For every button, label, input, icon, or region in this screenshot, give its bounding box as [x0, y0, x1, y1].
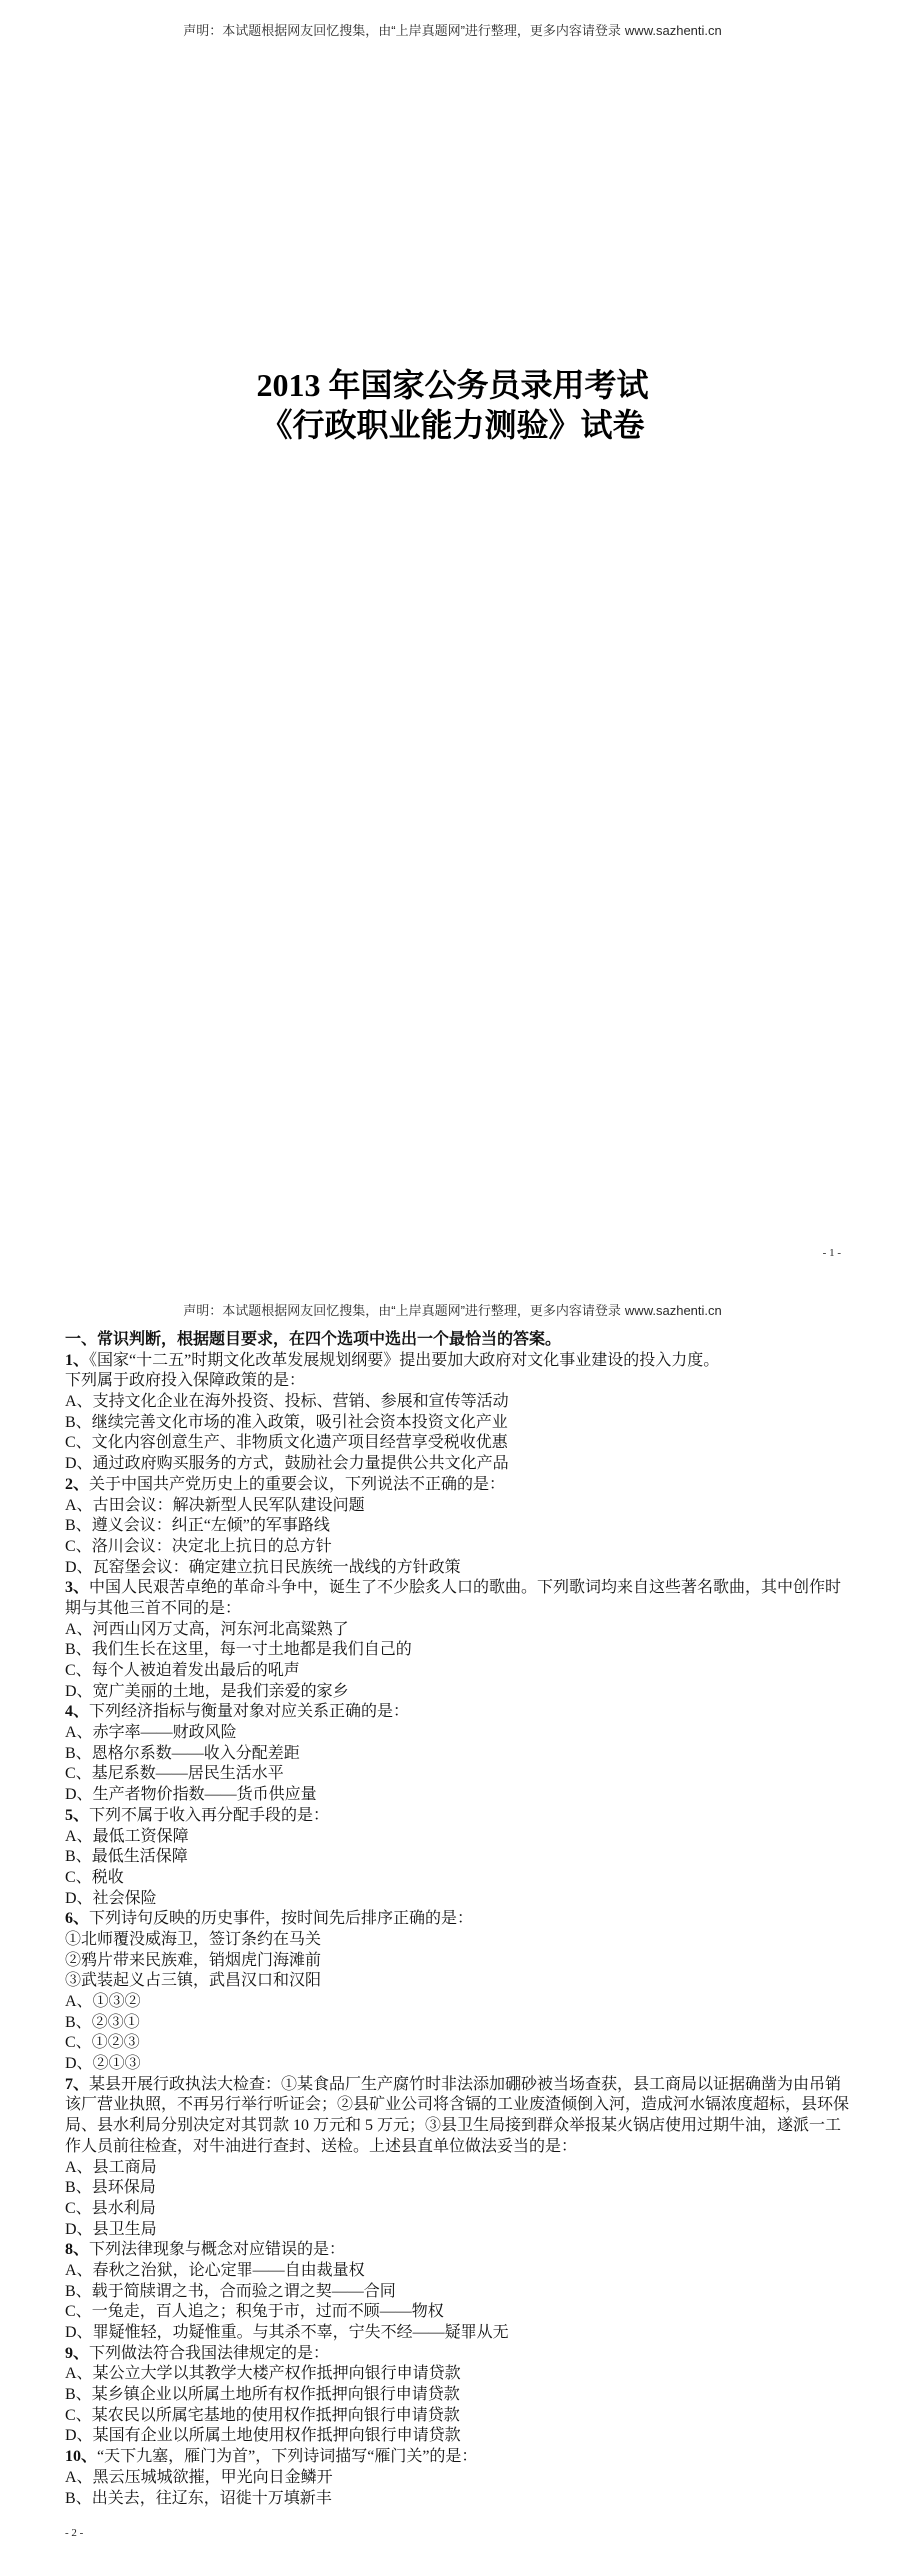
option-label: D、: [65, 2427, 93, 2444]
question-1: 1、《国家“十二五”时期文化改革发展规划纲要》提出要加大政府对文化事业建设的投入…: [65, 1351, 845, 1475]
question-stem-continued: 下列属于政府投入保障政策的是：: [65, 1371, 845, 1392]
option-b: B、某乡镇企业以所属土地所有权作抵押向银行申请贷款: [65, 2385, 845, 2406]
question-stem-continued: 作人员前往检查，对牛油进行查封、送检。上述县直单位做法妥当的是：: [65, 2137, 845, 2158]
option-c: C、文化内容创意生产、非物质文化遗产项目经营享受税收优惠: [65, 1433, 845, 1454]
option-label: B、: [65, 1641, 92, 1658]
option-label: C、: [65, 2303, 92, 2320]
option-d: D、社会保险: [65, 1889, 845, 1910]
question-text: 《国家“十二五”时期文化改革发展规划纲要》提出要加大政府对文化事业建设的投入力度…: [89, 1352, 719, 1369]
question-number: 3、: [65, 1579, 89, 1596]
option-d: D、县卫生局: [65, 2220, 845, 2241]
option-a: A、古田会议：解决新型人民军队建设问题: [65, 1496, 845, 1517]
option-label: C、: [65, 1538, 92, 1555]
option-text: ②③①: [92, 2014, 140, 2031]
option-text: 社会保险: [93, 1890, 157, 1907]
option-label: A、: [65, 2159, 93, 2176]
option-text: 税收: [92, 1869, 124, 1886]
option-c: C、①②③: [65, 2033, 845, 2054]
option-text: 文化内容创意生产、非物质文化遗产项目经营享受税收优惠: [92, 1434, 508, 1451]
option-text: 县水利局: [92, 2200, 156, 2217]
question-stem: 7、某县开展行政执法大检查：①某食品厂生产腐竹时非法添加硼砂被当场查获，县工商局…: [65, 2075, 845, 2096]
option-text: 基尼系数——居民生活水平: [92, 1765, 284, 1782]
option-label: D、: [65, 1683, 93, 1700]
header-url: www.sazhenti.cn: [625, 1303, 722, 1318]
option-label: C、: [65, 2200, 92, 2217]
option-a: A、黑云压城城欲摧，甲光向日金鳞开: [65, 2468, 845, 2489]
exam-content: 一、常识判断，根据题目要求，在四个选项中选出一个最恰当的答案。 1、《国家“十二…: [65, 1330, 845, 2509]
option-label: B、: [65, 1745, 92, 1762]
option-label: B、: [65, 1517, 92, 1534]
option-c: C、某农民以所属宅基地的使用权作抵押向银行申请贷款: [65, 2406, 845, 2427]
option-text: 宽广美丽的土地，是我们亲爱的家乡: [93, 1683, 349, 1700]
option-b: B、出关去，往辽东，诏徙十万填新丰: [65, 2489, 845, 2510]
option-text: 某乡镇企业以所属土地所有权作抵押向银行申请贷款: [92, 2386, 460, 2403]
option-text: 通过政府购买服务的方式，鼓励社会力量提供公共文化产品: [93, 1455, 509, 1472]
header-url: www.sazhenti.cn: [625, 23, 722, 38]
option-label: D、: [65, 2221, 93, 2238]
option-label: C、: [65, 1434, 92, 1451]
option-text: ①③②: [93, 1993, 141, 2010]
option-label: D、: [65, 1890, 93, 1907]
option-text: 恩格尔系数——收入分配差距: [92, 1745, 300, 1762]
option-c: C、税收: [65, 1868, 845, 1889]
option-c: C、一兔走，百人追之；积兔于市，过而不顾——物权: [65, 2302, 845, 2323]
option-text: 赤字率——财政风险: [93, 1724, 237, 1741]
option-a: A、支持文化企业在海外投资、投标、营销、参展和宣传等活动: [65, 1392, 845, 1413]
question-stem: 2、关于中国共产党历史上的重要会议，下列说法不正确的是：: [65, 1475, 845, 1496]
option-label: D、: [65, 2324, 93, 2341]
option-a: A、河西山冈万丈高，河东河北高粱熟了: [65, 1620, 845, 1641]
option-label: B、: [65, 1414, 92, 1431]
option-b: B、遵义会议：纠正“左倾”的军事路线: [65, 1516, 845, 1537]
question-text: 下列法律现象与概念对应错误的是：: [89, 2241, 345, 2258]
question-stem: 8、下列法律现象与概念对应错误的是：: [65, 2240, 845, 2261]
option-label: A、: [65, 1393, 93, 1410]
option-label: A、: [65, 2262, 93, 2279]
option-text: 黑云压城城欲摧，甲光向日金鳞开: [93, 2469, 333, 2486]
option-text: 洛川会议：决定北上抗日的总方针: [92, 1538, 332, 1555]
option-label: D、: [65, 2055, 93, 2072]
question-10: 10、“天下九塞，雁门为首”，下列诗词描写“雁门关”的是： A、黑云压城城欲摧，…: [65, 2447, 845, 2509]
question-5: 5、下列不属于收入再分配手段的是： A、最低工资保障 B、最低生活保障 C、税收…: [65, 1806, 845, 1909]
option-text: 瓦窑堡会议：确定建立抗日民族统一战线的方针政策: [93, 1559, 461, 1576]
option-text: 支持文化企业在海外投资、投标、营销、参展和宣传等活动: [93, 1393, 509, 1410]
option-text: 某国有企业以所属土地使用权作抵押向银行申请贷款: [93, 2427, 461, 2444]
option-a: A、某公立大学以其教学大楼产权作抵押向银行申请贷款: [65, 2364, 845, 2385]
option-label: C、: [65, 2034, 92, 2051]
option-text: 某农民以所属宅基地的使用权作抵押向银行申请贷款: [92, 2407, 460, 2424]
option-label: D、: [65, 1786, 93, 1803]
option-label: C、: [65, 1662, 92, 1679]
option-text: 县卫生局: [93, 2221, 157, 2238]
question-text: 某县开展行政执法大检查：①某食品厂生产腐竹时非法添加硼砂被当场查获，县工商局以证…: [89, 2076, 841, 2093]
option-a: A、县工商局: [65, 2158, 845, 2179]
question-text: 下列不属于收入再分配手段的是：: [89, 1807, 329, 1824]
page-number: - 2 -: [65, 2525, 83, 2541]
option-text: 河西山冈万丈高，河东河北高粱熟了: [93, 1621, 349, 1638]
question-text: “天下九塞，雁门为首”，下列诗词描写“雁门关”的是：: [97, 2448, 477, 2465]
option-c: C、县水利局: [65, 2199, 845, 2220]
sub-item-3: ③武装起义占三镇，武昌汉口和汉阳: [65, 1971, 845, 1992]
document-title: 2013 年国家公务员录用考试 《行政职业能力测验》试卷: [0, 365, 905, 445]
question-number: 9、: [65, 2345, 89, 2362]
question-number: 10、: [65, 2448, 97, 2465]
option-d: D、某国有企业以所属土地使用权作抵押向银行申请贷款: [65, 2426, 845, 2447]
question-text: 下列诗句反映的历史事件，按时间先后排序正确的是：: [89, 1910, 473, 1927]
option-label: A、: [65, 1993, 93, 2010]
option-b: B、载于简牍谓之书，合而验之谓之契——合同: [65, 2282, 845, 2303]
option-text: 我们生长在这里，每一寸土地都是我们自己的: [92, 1641, 412, 1658]
question-stem: 6、下列诗句反映的历史事件，按时间先后排序正确的是：: [65, 1909, 845, 1930]
option-d: D、生产者物价指数——货币供应量: [65, 1785, 845, 1806]
title-line-2: 《行政职业能力测验》试卷: [0, 405, 905, 445]
option-label: C、: [65, 1869, 92, 1886]
option-text: ①②③: [92, 2034, 140, 2051]
option-d: D、通过政府购买服务的方式，鼓励社会力量提供公共文化产品: [65, 1454, 845, 1475]
question-6: 6、下列诗句反映的历史事件，按时间先后排序正确的是： ①北师覆没威海卫，签订条约…: [65, 1909, 845, 2075]
option-label: A、: [65, 2365, 93, 2382]
question-stem-continued: 局、县水利局分别决定对其罚款 10 万元和 5 万元；③县卫生局接到群众举报某火…: [65, 2116, 845, 2137]
option-label: B、: [65, 2014, 92, 2031]
option-b: B、②③①: [65, 2013, 845, 2034]
option-text: 遵义会议：纠正“左倾”的军事路线: [92, 1517, 330, 1534]
option-b: B、继续完善文化市场的准入政策，吸引社会资本投资文化产业: [65, 1413, 845, 1434]
question-stem-continued: 期与其他三首不同的是：: [65, 1599, 845, 1620]
option-text: 每个人被迫着发出最后的吼声: [92, 1662, 300, 1679]
title-line-1: 2013 年国家公务员录用考试: [0, 365, 905, 405]
option-text: 最低生活保障: [92, 1848, 188, 1865]
question-number: 5、: [65, 1807, 89, 1824]
option-d: D、瓦窑堡会议：确定建立抗日民族统一战线的方针政策: [65, 1558, 845, 1579]
question-text: 下列做法符合我国法律规定的是：: [89, 2345, 329, 2362]
section-title: 一、常识判断，根据题目要求，在四个选项中选出一个最恰当的答案。: [65, 1330, 845, 1351]
option-c: C、每个人被迫着发出最后的吼声: [65, 1661, 845, 1682]
option-label: D、: [65, 1455, 93, 1472]
option-c: C、基尼系数——居民生活水平: [65, 1764, 845, 1785]
question-stem: 5、下列不属于收入再分配手段的是：: [65, 1806, 845, 1827]
option-label: A、: [65, 1724, 93, 1741]
page-header: 声明：本试题根据网友回忆搜集，由“上岸真题网”进行整理，更多内容请登录www.s…: [0, 22, 905, 40]
option-d: D、罪疑惟轻，功疑惟重。与其杀不辜，宁失不经——疑罪从无: [65, 2323, 845, 2344]
option-text: 县工商局: [93, 2159, 157, 2176]
question-number: 4、: [65, 1703, 89, 1720]
option-a: A、赤字率——财政风险: [65, 1723, 845, 1744]
question-number: 2、: [65, 1476, 89, 1493]
question-text: 关于中国共产党历史上的重要会议，下列说法不正确的是：: [89, 1476, 505, 1493]
question-stem: 1、《国家“十二五”时期文化改革发展规划纲要》提出要加大政府对文化事业建设的投入…: [65, 1351, 845, 1372]
option-text: 县环保局: [92, 2179, 156, 2196]
option-text: 春秋之治狱，论心定罪——自由裁量权: [93, 2262, 365, 2279]
question-2: 2、关于中国共产党历史上的重要会议，下列说法不正确的是： A、古田会议：解决新型…: [65, 1475, 845, 1578]
page-2: 声明：本试题根据网友回忆搜集，由“上岸真题网”进行整理，更多内容请登录www.s…: [0, 1280, 905, 2560]
option-label: A、: [65, 1828, 93, 1845]
question-stem-continued: 该厂营业执照，不再另行举行听证会；②县矿业公司将含镉的工业废渣倾倒入河，造成河水…: [65, 2095, 845, 2116]
option-text: 载于简牍谓之书，合而验之谓之契——合同: [92, 2283, 396, 2300]
option-b: B、恩格尔系数——收入分配差距: [65, 1744, 845, 1765]
option-d: D、②①③: [65, 2054, 845, 2075]
option-text: 出关去，往辽东，诏徙十万填新丰: [92, 2490, 332, 2507]
page-number: - 1 -: [823, 1245, 841, 1261]
option-label: B、: [65, 2179, 92, 2196]
option-text: 继续完善文化市场的准入政策，吸引社会资本投资文化产业: [92, 1414, 508, 1431]
option-text: 罪疑惟轻，功疑惟重。与其杀不辜，宁失不经——疑罪从无: [93, 2324, 509, 2341]
header-notice: 声明：本试题根据网友回忆搜集，由“上岸真题网”进行整理，更多内容请登录: [183, 23, 621, 38]
question-number: 1、: [65, 1352, 89, 1369]
option-label: B、: [65, 2386, 92, 2403]
question-8: 8、下列法律现象与概念对应错误的是： A、春秋之治狱，论心定罪——自由裁量权 B…: [65, 2240, 845, 2343]
option-label: C、: [65, 1765, 92, 1782]
option-c: C、洛川会议：决定北上抗日的总方针: [65, 1537, 845, 1558]
option-text: 古田会议：解决新型人民军队建设问题: [93, 1497, 365, 1514]
option-label: A、: [65, 2469, 93, 2486]
option-label: D、: [65, 1559, 93, 1576]
page-1: 声明：本试题根据网友回忆搜集，由“上岸真题网”进行整理，更多内容请登录www.s…: [0, 0, 905, 1280]
option-text: 某公立大学以其教学大楼产权作抵押向银行申请贷款: [93, 2365, 461, 2382]
option-a: A、春秋之治狱，论心定罪——自由裁量权: [65, 2261, 845, 2282]
option-text: ②①③: [93, 2055, 141, 2072]
question-stem: 9、下列做法符合我国法律规定的是：: [65, 2344, 845, 2365]
option-text: 最低工资保障: [93, 1828, 189, 1845]
option-a: A、最低工资保障: [65, 1827, 845, 1848]
question-stem: 3、中国人民艰苦卓绝的革命斗争中，诞生了不少脍炙人口的歌曲。下列歌词均来自这些著…: [65, 1578, 845, 1599]
option-b: B、县环保局: [65, 2178, 845, 2199]
option-b: B、我们生长在这里，每一寸土地都是我们自己的: [65, 1640, 845, 1661]
option-d: D、宽广美丽的土地，是我们亲爱的家乡: [65, 1682, 845, 1703]
option-label: A、: [65, 1621, 93, 1638]
option-a: A、①③②: [65, 1992, 845, 2013]
option-label: C、: [65, 2407, 92, 2424]
question-stem: 10、“天下九塞，雁门为首”，下列诗词描写“雁门关”的是：: [65, 2447, 845, 2468]
question-text: 中国人民艰苦卓绝的革命斗争中，诞生了不少脍炙人口的歌曲。下列歌词均来自这些著名歌…: [89, 1579, 841, 1596]
question-number: 7、: [65, 2076, 89, 2093]
question-9: 9、下列做法符合我国法律规定的是： A、某公立大学以其教学大楼产权作抵押向银行申…: [65, 2344, 845, 2447]
option-label: B、: [65, 2283, 92, 2300]
option-b: B、最低生活保障: [65, 1847, 845, 1868]
question-stem: 4、下列经济指标与衡量对象对应关系正确的是：: [65, 1702, 845, 1723]
question-number: 8、: [65, 2241, 89, 2258]
question-4: 4、下列经济指标与衡量对象对应关系正确的是： A、赤字率——财政风险 B、恩格尔…: [65, 1702, 845, 1805]
sub-item-2: ②鸦片带来民族难，销烟虎门海滩前: [65, 1951, 845, 1972]
option-label: A、: [65, 1497, 93, 1514]
question-3: 3、中国人民艰苦卓绝的革命斗争中，诞生了不少脍炙人口的歌曲。下列歌词均来自这些著…: [65, 1578, 845, 1702]
sub-item-1: ①北师覆没威海卫，签订条约在马关: [65, 1930, 845, 1951]
header-notice: 声明：本试题根据网友回忆搜集，由“上岸真题网”进行整理，更多内容请登录: [183, 1303, 621, 1318]
option-text: 生产者物价指数——货币供应量: [93, 1786, 317, 1803]
question-7: 7、某县开展行政执法大检查：①某食品厂生产腐竹时非法添加硼砂被当场查获，县工商局…: [65, 2075, 845, 2241]
question-text: 下列经济指标与衡量对象对应关系正确的是：: [89, 1703, 409, 1720]
option-label: B、: [65, 1848, 92, 1865]
option-label: B、: [65, 2490, 92, 2507]
page-header: 声明：本试题根据网友回忆搜集，由“上岸真题网”进行整理，更多内容请登录www.s…: [0, 1302, 905, 1320]
question-number: 6、: [65, 1910, 89, 1927]
option-text: 一兔走，百人追之；积兔于市，过而不顾——物权: [92, 2303, 444, 2320]
